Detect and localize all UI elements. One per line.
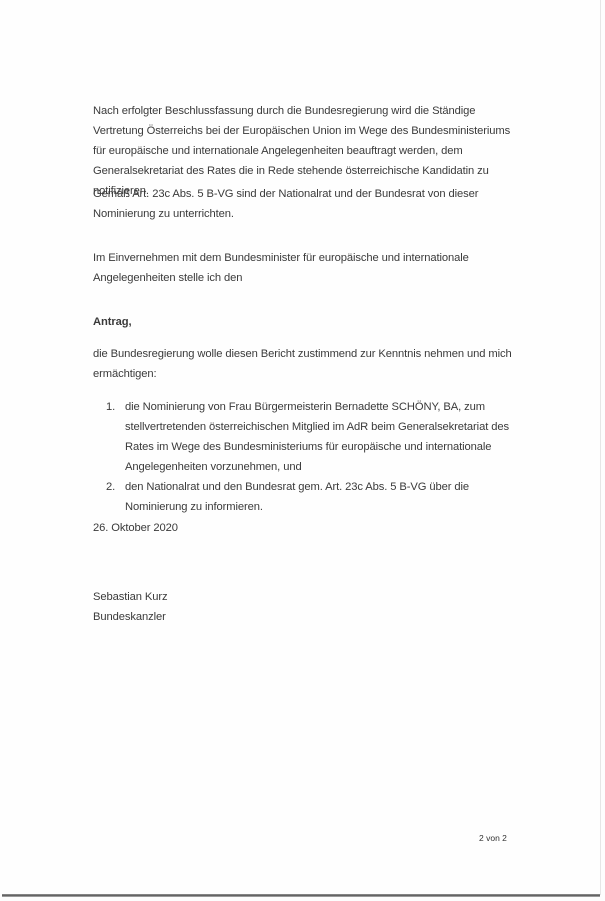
antrag-heading: Antrag, xyxy=(93,312,523,332)
list-item: 2. den Nationalrat und den Bundesrat gem… xyxy=(93,477,523,517)
numbered-list: 1. die Nominierung von Frau Bürgermeiste… xyxy=(93,397,523,517)
paragraph-text: Gemäß Art. 23c Abs. 5 B-VG sind der Nati… xyxy=(93,184,523,224)
document-date: 26. Oktober 2020 xyxy=(93,518,523,538)
page-number: 2 von 2 xyxy=(479,833,507,843)
paragraph-agreement: Im Einvernehmen mit dem Bundesminister f… xyxy=(93,248,523,288)
paragraph-legal-basis: Gemäß Art. 23c Abs. 5 B-VG sind der Nati… xyxy=(93,184,523,224)
paragraph-text: die Bundesregierung wolle diesen Bericht… xyxy=(93,344,523,384)
list-item: 1. die Nominierung von Frau Bürgermeiste… xyxy=(93,397,523,477)
signatory-name: Sebastian Kurz xyxy=(93,587,523,607)
paragraph-request: die Bundesregierung wolle diesen Bericht… xyxy=(93,344,523,384)
page-bottom-edge xyxy=(2,894,600,897)
paragraph-text: Im Einvernehmen mit dem Bundesminister f… xyxy=(93,248,523,288)
list-text: den Nationalrat und den Bundesrat gem. A… xyxy=(125,481,469,513)
signature-block: Sebastian Kurz Bundeskanzler xyxy=(93,587,523,627)
document-page: Nach erfolgter Beschlussfassung durch di… xyxy=(0,0,601,895)
list-number: 1. xyxy=(106,397,115,417)
list-number: 2. xyxy=(106,477,115,497)
signatory-title: Bundeskanzler xyxy=(93,607,523,627)
list-text: die Nominierung von Frau Bürgermeisterin… xyxy=(125,401,509,473)
